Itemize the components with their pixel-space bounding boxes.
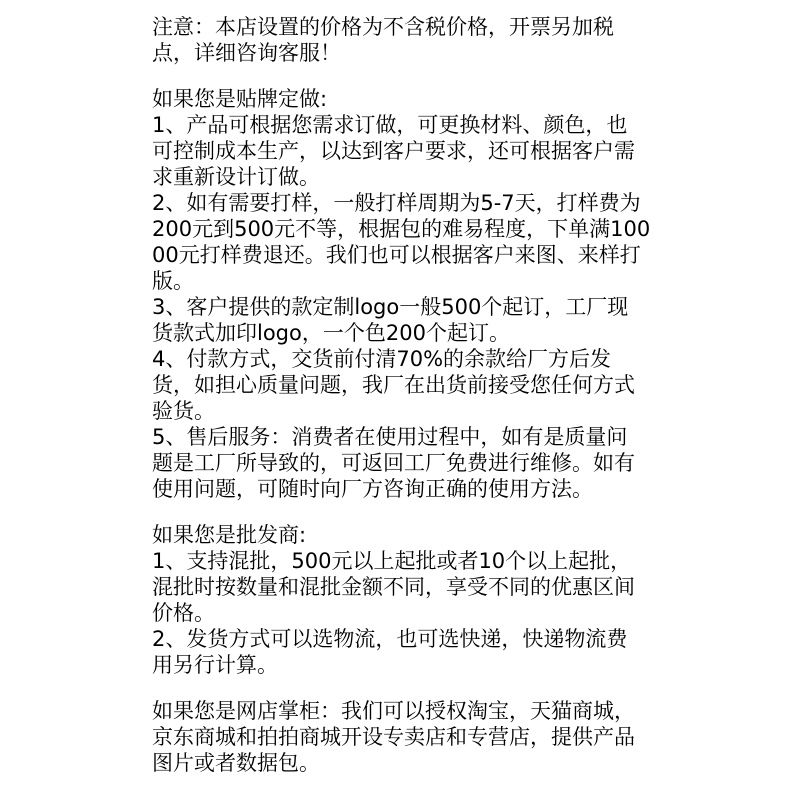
- description-content: 注意：本店设置的价格为不含税价格，开票另加税 点，详细咨询客服！ 如果您是贴牌定…: [152, 14, 657, 776]
- wholesaler-section: 如果您是批发商: 1、支持混批，500元以上起批或者10个以上起批， 混批时按数…: [152, 522, 657, 678]
- tax-notice-paragraph: 注意：本店设置的价格为不含税价格，开票另加税 点，详细咨询客服！: [152, 14, 657, 66]
- oem-customization-section: 如果您是贴牌定做: 1、产品可根据您需求订做，可更换材料、颜色，也 可控制成本生…: [152, 86, 657, 502]
- product-description-page: 注意：本店设置的价格为不含税价格，开票另加税 点，详细咨询客服！ 如果您是贴牌定…: [0, 0, 790, 790]
- online-store-section: 如果您是网店掌柜：我们可以授权淘宝，天猫商城， 京东商城和拍拍商城开设专卖店和专…: [152, 698, 657, 776]
